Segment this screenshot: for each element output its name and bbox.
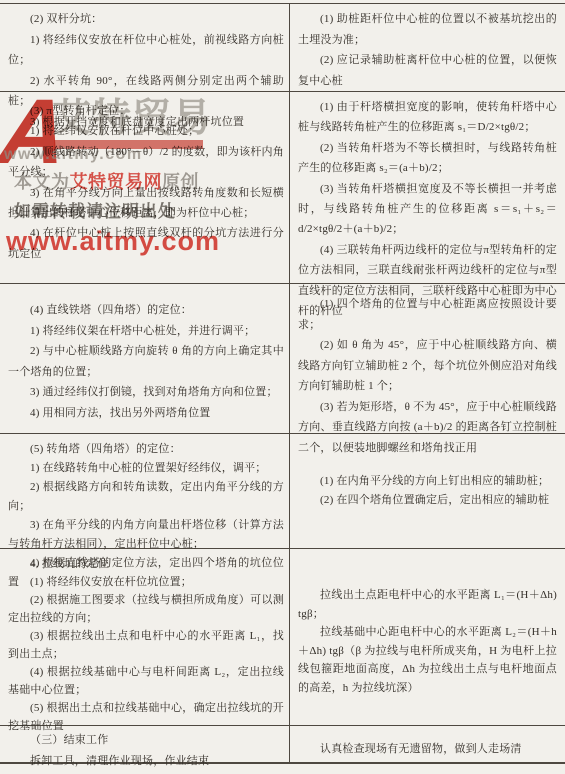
notes-cell: 拉线出土点距电杆中心的水平距离 L₁＝(H＋Δh) tgβ； 拉线基础中心距电杆… [290, 549, 565, 725]
note-text: (2) 当转角杆塔为不等长横担时，与线路转角桩产生的位移距离 s₂＝(a＋b)/… [298, 138, 557, 179]
note-text: (2) 如 θ 角为 45°，应于中心桩顺线路方向、横线路方向钉立辅助桩 2 个… [298, 335, 557, 397]
note-text: (1) 由于杆塔横担宽度的影响，使转角杆塔中心桩与线路转角桩产生的位移距离 s₁… [298, 97, 557, 138]
step-text: (4) 根据拉线基础中心与电杆间距离 L₂，定出拉线基础中心位置； [8, 663, 284, 699]
step-text: (1) 将经纬仪安放在杆位坑位置； [8, 573, 284, 591]
step-text: 1) 将经纬仪架在杆塔中心桩处，并进行调平； [8, 321, 284, 342]
step-text: 2) 与中心桩顺线路方向旋转 θ 角的方向上确定其中一个塔角的位置； [8, 341, 284, 382]
notes-cell: (1) 助桩距杆位中心桩的位置以不被基坑挖出的土埋没为准； (2) 应记录辅助桩… [290, 4, 565, 91]
step-text: 2) 根据线路方向和转角读数，定出内角平分线的方向； [8, 478, 284, 516]
procedure-table: (2) 双杆分坑： 1) 将经纬仪安放在杆位中心桩处，前视线路方向桩位； 2) … [0, 3, 565, 764]
note-text: (1) 在内角平分线的方向上钉出相应的辅助桩； [298, 472, 557, 491]
step-text: 1) 将经纬仪安放在杆位中心桩处； [8, 121, 284, 141]
note-text: 认真检查现场有无遗留物，做到人走场清 [298, 739, 557, 760]
note-text: 拉线基础中心距电杆中心的水平距离 L₂＝(H＋h＋Δh) tgβ（β 为拉线与电… [298, 623, 557, 697]
step-text: 4) 在杆位中心桩上按照直线双杆的分坑方法进行分坑定位 [8, 223, 284, 264]
note-text: (2) 应记录辅助桩离杆位中心桩的位置，以便恢复中心桩 [298, 50, 557, 91]
table-row: (4) 直线铁塔（四角塔）的定位： 1) 将经纬仪架在杆塔中心桩处，并进行调平；… [0, 284, 565, 434]
step-text: 3) 在角平分线方向上量出按线路转角度数和长短横担计算出的杆塔中心位移距离，即为… [8, 183, 284, 224]
note-text: (3) 当转角杆塔横担宽度及不等长横担一并考虑时，与线路转角桩产生的位移距离 s… [298, 179, 557, 240]
step-text: (2) 根据施工图要求（拉线与横担所成角度）可以测定出拉线的方向； [8, 591, 284, 627]
step-text: 拆卸工具，清理作业现场，作业结束 [8, 751, 284, 772]
notes-cell: (1) 在内角平分线的方向上钉出相应的辅助桩； (2) 在四个塔角位置确定后，定… [290, 434, 565, 548]
step-text: 1) 将经纬仪安放在杆位中心桩处，前视线路方向桩位； [8, 30, 284, 71]
table-row: （三）结束工作 拆卸工具，清理作业现场，作业结束 认真检查现场有无遗留物，做到人… [0, 726, 565, 764]
steps-cell: （三）结束工作 拆卸工具，清理作业现场，作业结束 [0, 726, 290, 762]
step-text: 1) 在线路转角中心桩的位置架好经纬仪，调平； [8, 459, 284, 478]
steps-cell: (5) 转角塔（四角塔）的定位： 1) 在线路转角中心桩的位置架好经纬仪，调平；… [0, 434, 290, 548]
step-text: (2) 双杆分坑： [8, 9, 284, 30]
note-text: (1) 四个塔角的位置与中心桩距离应按照设计要求； [298, 294, 557, 335]
step-text: 3) 通过经纬仪打倒镜，找到对角塔角方向和位置； [8, 382, 284, 403]
step-text: （三）结束工作 [8, 730, 284, 751]
table-row: (2) 双杆分坑： 1) 将经纬仪安放在杆位中心桩处，前视线路方向桩位； 2) … [0, 4, 565, 92]
steps-cell: (2) 双杆分坑： 1) 将经纬仪安放在杆位中心桩处，前视线路方向桩位； 2) … [0, 4, 290, 91]
table-row: 4. 拉线坑的定位 (1) 将经纬仪安放在杆位坑位置； (2) 根据施工图要求（… [0, 549, 565, 726]
note-text: (1) 助桩距杆位中心桩的位置以不被基坑挖出的土埋没为准； [298, 9, 557, 50]
steps-cell: (4) 直线铁塔（四角塔）的定位： 1) 将经纬仪架在杆塔中心桩处，并进行调平；… [0, 284, 290, 433]
step-text: 2) 顺线路转动（180°－θ）/2 的度数，即为该杆内角平分线； [8, 142, 284, 183]
steps-cell: (3) π型转角杆定位： 1) 将经纬仪安放在杆位中心桩处； 2) 顺线路转动（… [0, 92, 290, 283]
notes-cell: 认真检查现场有无遗留物，做到人走场清 [290, 726, 565, 762]
step-text: (3) 根据拉线出土点和电杆中心的水平距离 L₁，找到出土点； [8, 627, 284, 663]
steps-cell: 4. 拉线坑的定位 (1) 将经纬仪安放在杆位坑位置； (2) 根据施工图要求（… [0, 549, 290, 725]
step-text: (3) π型转角杆定位： [8, 101, 284, 121]
table-row: (5) 转角塔（四角塔）的定位： 1) 在线路转角中心桩的位置架好经纬仪，调平；… [0, 434, 565, 549]
step-text: (5) 转角塔（四角塔）的定位： [8, 440, 284, 459]
note-text: (2) 在四个塔角位置确定后，定出相应的辅助桩 [298, 491, 557, 510]
note-text: 拉线出土点距电杆中心的水平距离 L₁＝(H＋Δh) tgβ； [298, 586, 557, 623]
table-row: (3) π型转角杆定位： 1) 将经纬仪安放在杆位中心桩处； 2) 顺线路转动（… [0, 92, 565, 284]
notes-cell: (1) 由于杆塔横担宽度的影响，使转角杆塔中心桩与线路转角桩产生的位移距离 s₁… [290, 92, 565, 283]
step-text: 4. 拉线坑的定位 [8, 555, 284, 573]
scanned-document-page: (2) 双杆分坑： 1) 将经纬仪安放在杆位中心桩处，前视线路方向桩位； 2) … [0, 0, 565, 774]
step-text: 4) 用相同方法，找出另外两塔角位置 [8, 403, 284, 424]
notes-cell: (1) 四个塔角的位置与中心桩距离应按照设计要求； (2) 如 θ 角为 45°… [290, 284, 565, 433]
step-text: (4) 直线铁塔（四角塔）的定位： [8, 300, 284, 321]
